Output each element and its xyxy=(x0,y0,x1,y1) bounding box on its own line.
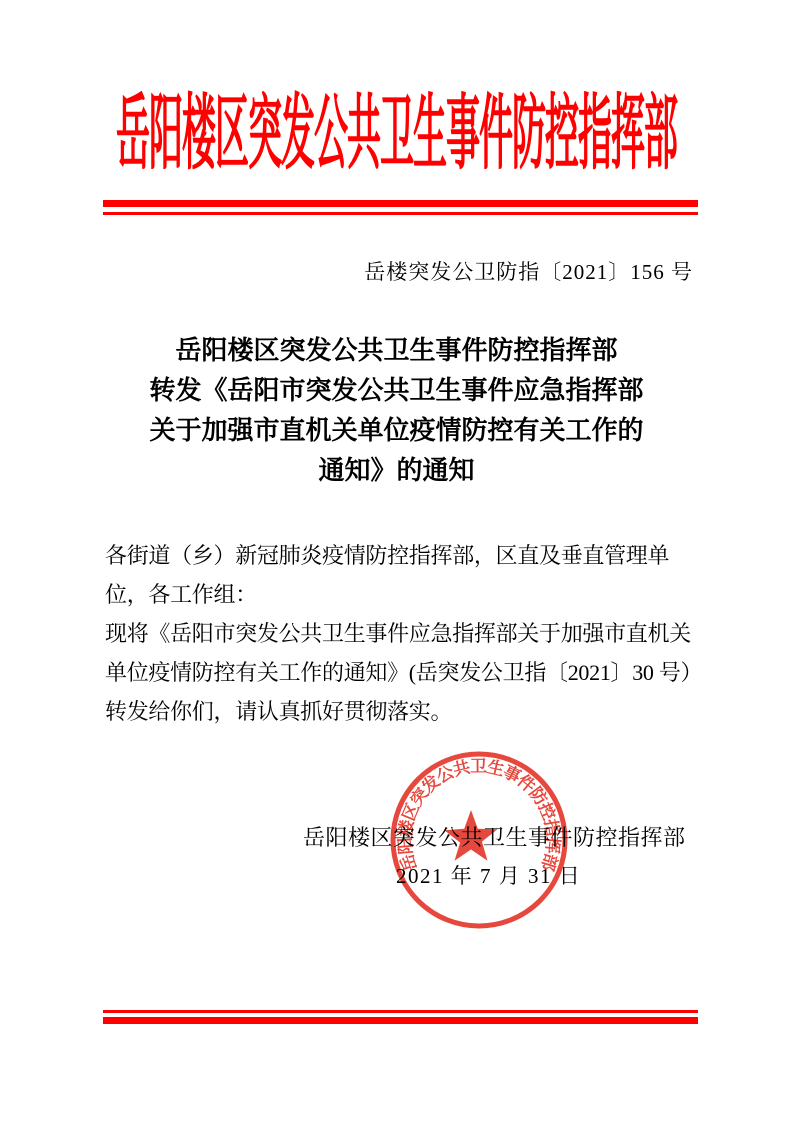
body-line: 各街道（乡）新冠肺炎疫情防控指挥部，区直及垂直管理单 xyxy=(105,536,695,575)
document-title-line: 关于加强市直机关单位疫情防控有关工作的 xyxy=(0,411,793,451)
document-page: 岳阳楼区突发公共卫生事件防控指挥部 岳楼突发公卫防指〔2021〕156 号 岳阳… xyxy=(0,0,793,1122)
footer-rule-thick xyxy=(103,1017,698,1024)
header-rule-thin xyxy=(103,212,698,215)
body-line: 单位疫情防控有关工作的通知》(岳突发公卫指〔2021〕30 号） xyxy=(105,653,695,692)
signature-org: 岳阳楼区突发公共卫生事件防控指挥部 xyxy=(303,821,686,852)
document-title: 岳阳楼区突发公共卫生事件防控指挥部 转发《岳阳市突发公共卫生事件应急指挥部 关于… xyxy=(0,331,793,491)
letterhead-org-title: 岳阳楼区突发公共卫生事件防控指挥部 xyxy=(0,96,793,178)
document-title-line: 通知》的通知 xyxy=(0,451,793,491)
body-line: 位，各工作组： xyxy=(105,575,695,614)
body-line: 现将《岳阳市突发公共卫生事件应急指挥部关于加强市直机关 xyxy=(105,614,695,653)
document-title-line: 转发《岳阳市突发公共卫生事件应急指挥部 xyxy=(0,371,793,411)
doc-number: 岳楼突发公卫防指〔2021〕156 号 xyxy=(364,256,693,286)
document-title-line: 岳阳楼区突发公共卫生事件防控指挥部 xyxy=(0,331,793,371)
body-line: 转发给你们，请认真抓好贯彻落实。 xyxy=(105,692,695,731)
signature-date: 2021 年 7 月 31 日 xyxy=(396,860,581,890)
seal-arc-text: 岳阳楼区突发公共卫生事件防控指挥部 xyxy=(395,756,564,874)
header-rule-thick xyxy=(103,200,698,207)
body-text: 各街道（乡）新冠肺炎疫情防控指挥部，区直及垂直管理单 位，各工作组： 现将《岳阳… xyxy=(105,536,695,731)
footer-rule-thin xyxy=(103,1010,698,1013)
